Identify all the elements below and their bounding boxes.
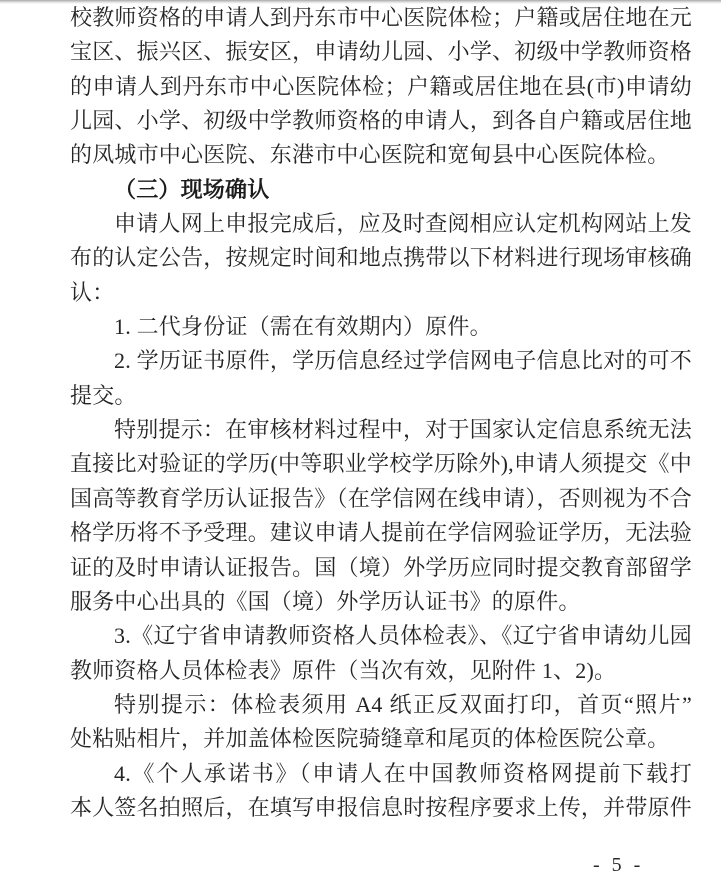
text-line: 的申请人到丹东市中心医院体检；户籍或居住地在县(市)申请幼	[70, 70, 692, 104]
page-number: - 5 -	[593, 854, 640, 876]
document-page: 校教师资格的申请人到丹东市中心医院体检；户籍或居住地在元宝区、振兴区、振安区，申…	[0, 0, 721, 894]
text-line: 的凤城市中心医院、东港市中心医院和宽甸县中心医院体检。	[70, 138, 692, 172]
text-line: 国高等教育学历认证报告》（在学信网在线申请），否则视为不合	[70, 482, 692, 516]
text-line: 特别提示：体检表须用 A4 纸正反双面打印，首页“照片”	[70, 688, 692, 722]
text-line: 证的及时申请认证报告。国（境）外学历应同时提交教育部留学	[70, 551, 692, 585]
text-line: 布的认定公告，按规定时间和地点携带以下材料进行现场审核确	[70, 241, 692, 275]
text-line: 处粘贴相片，并加盖体检医院骑缝章和尾页的体检医院公章。	[70, 722, 692, 756]
text-line: 儿园、小学、初级中学教师资格的申请人，到各自户籍或居住地	[70, 104, 692, 138]
text-line: 1. 二代身份证（需在有效期内）原件。	[70, 310, 692, 344]
text-line: 认：	[70, 276, 692, 310]
text-line: 4.《个人承诺书》（申请人在中国教师资格网提前下载打印、	[70, 757, 692, 791]
text-line: 服务中心出具的《国（境）外学历认证书》的原件。	[70, 585, 692, 619]
text-line: 2. 学历证书原件，学历信息经过学信网电子信息比对的可不	[70, 344, 692, 378]
text-line: 教师资格人员体检表》原件（当次有效，见附件 1、2)。	[70, 654, 692, 688]
text-line: 特别提示：在审核材料过程中，对于国家认定信息系统无法	[70, 413, 692, 447]
text-line: 3.《辽宁省申请教师资格人员体检表》、《辽宁省申请幼儿园	[70, 619, 692, 653]
text-line: 提交。	[70, 379, 692, 413]
text-line: 本人签名拍照后，在填写申报信息时按程序要求上传，并带原件	[70, 791, 692, 825]
text-line: 申请人网上申报完成后，应及时查阅相应认定机构网站上发	[70, 207, 692, 241]
text-line: 直接比对验证的学历(中等职业学校学历除外),申请人须提交《中	[70, 447, 692, 481]
text-line: （三）现场确认	[70, 173, 692, 207]
document-text-block: 校教师资格的申请人到丹东市中心医院体检；户籍或居住地在元宝区、振兴区、振安区，申…	[70, 1, 692, 825]
text-line: 宝区、振兴区、振安区，申请幼儿园、小学、初级中学教师资格	[70, 35, 692, 69]
text-line: 格学历将不予受理。建议申请人提前在学信网验证学历，无法验	[70, 516, 692, 550]
text-line: 校教师资格的申请人到丹东市中心医院体检；户籍或居住地在元	[70, 1, 692, 35]
